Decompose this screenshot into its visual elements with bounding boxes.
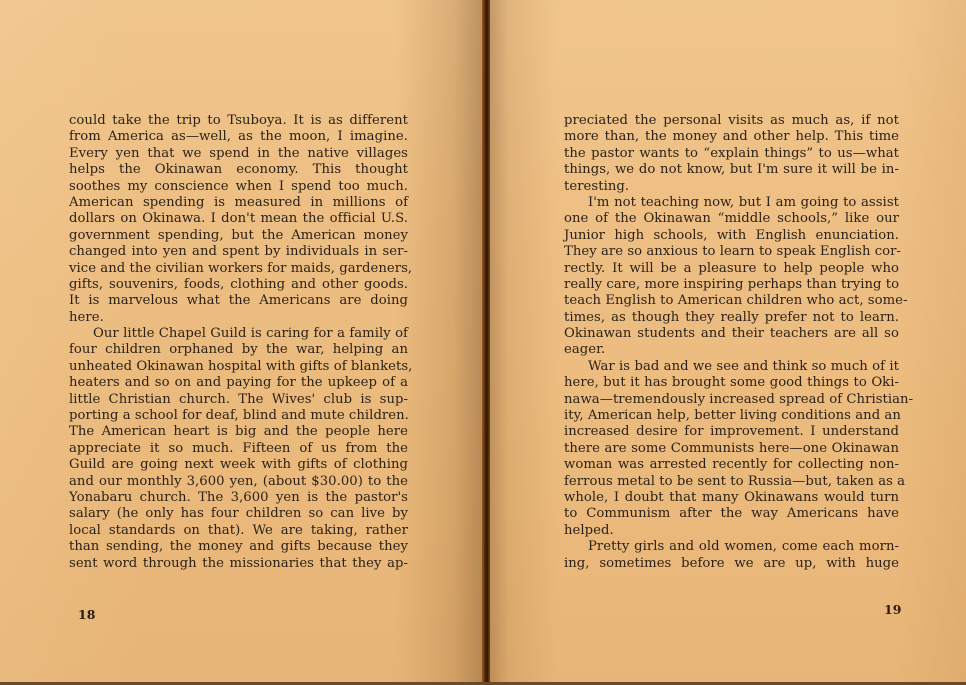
text-line: Every yen that we spend in the native vi…: [69, 146, 408, 162]
text-line: War is bad and we see and think so much …: [564, 359, 899, 375]
text-line: one of the Okinawan “middle schools,” li…: [564, 211, 899, 227]
text-line: here.: [69, 310, 408, 326]
text-line: ing, sometimes before we are up, with hu…: [564, 556, 899, 572]
text-line: unheated Okinawan hospital with gifts of…: [69, 359, 408, 375]
text-line: Guild are going next week with gifts of …: [69, 457, 408, 473]
text-line: teresting.: [564, 179, 899, 195]
text-line: than sending, the money and gifts becaus…: [69, 539, 408, 555]
text-line: It is marvelous what the Americans are d…: [69, 293, 408, 309]
text-line: I'm not teaching now, but I am going to …: [564, 195, 899, 211]
text-line: gifts, souvenirs, foods, clothing and ot…: [69, 277, 408, 293]
text-line: helps the Okinawan economy. This thought: [69, 162, 408, 178]
left-page-number: 18: [78, 607, 95, 622]
text-line: from America as—well, as the moon, I ima…: [69, 129, 408, 145]
text-line: to Communism after the way Americans hav…: [564, 506, 899, 522]
right-page-number: 19: [884, 602, 901, 617]
left-page: could take the trip to Tsuboya. It is as…: [0, 0, 482, 685]
text-line: American spending is measured in million…: [69, 195, 408, 211]
text-line: preciated the personal visits as much as…: [564, 113, 899, 129]
text-line: Okinawan students and their teachers are…: [564, 326, 899, 342]
text-line: local standards on that). We are taking,…: [69, 523, 408, 539]
text-line: The American heart is big and the people…: [69, 424, 408, 440]
book-spread: could take the trip to Tsuboya. It is as…: [0, 0, 966, 685]
right-page-body-text: preciated the personal visits as much as…: [564, 113, 899, 572]
book-gutter: [482, 0, 490, 685]
text-line: could take the trip to Tsuboya. It is as…: [69, 113, 408, 129]
text-line: things, we do not know, but I'm sure it …: [564, 162, 899, 178]
text-line: sent word through the missionaries that …: [69, 556, 408, 572]
text-line: Junior high schools, with English enunci…: [564, 228, 899, 244]
text-line: nawa—tremendously increased spread of Ch…: [564, 392, 899, 408]
text-line: woman was arrested recently for collecti…: [564, 457, 899, 473]
text-line: Pretty girls and old women, come each mo…: [564, 539, 899, 555]
text-line: here, but it has brought some good thing…: [564, 375, 899, 391]
text-line: times, as though they really prefer not …: [564, 310, 899, 326]
text-line: porting a school for deaf, blind and mut…: [69, 408, 408, 424]
text-line: really care, more inspiring perhaps than…: [564, 277, 899, 293]
text-line: helped.: [564, 523, 899, 539]
text-line: more than, the money and other help. Thi…: [564, 129, 899, 145]
text-line: appreciate it so much. Fifteen of us fro…: [69, 441, 408, 457]
text-line: vice and the civilian workers for maids,…: [69, 261, 408, 277]
text-line: rectly. It will be a pleasure to help pe…: [564, 261, 899, 277]
right-page: preciated the personal visits as much as…: [490, 0, 966, 685]
text-line: increased desire for improvement. I unde…: [564, 424, 899, 440]
text-line: heaters and so on and paying for the upk…: [69, 375, 408, 391]
text-line: ity, American help, better living condit…: [564, 408, 899, 424]
text-line: whole, I doubt that many Okinawans would…: [564, 490, 899, 506]
text-line: government spending, but the American mo…: [69, 228, 408, 244]
text-line: and our monthly 3,600 yen, (about $30.00…: [69, 474, 408, 490]
text-line: little Christian church. The Wives' club…: [69, 392, 408, 408]
text-line: soothes my conscience when I spend too m…: [69, 179, 408, 195]
text-line: Our little Chapel Guild is caring for a …: [69, 326, 408, 342]
text-line: four children orphaned by the war, helpi…: [69, 342, 408, 358]
left-page-body-text: could take the trip to Tsuboya. It is as…: [69, 113, 408, 572]
text-line: salary (he only has four children so can…: [69, 506, 408, 522]
text-line: ferrous metal to be sent to Russia—but, …: [564, 474, 899, 490]
text-line: They are so anxious to learn to speak En…: [564, 244, 899, 260]
text-line: teach English to American children who a…: [564, 293, 899, 309]
text-line: the pastor wants to “explain things” to …: [564, 146, 899, 162]
text-line: changed into yen and spent by individual…: [69, 244, 408, 260]
text-line: Yonabaru church. The 3,600 yen is the pa…: [69, 490, 408, 506]
text-line: there are some Communists here—one Okina…: [564, 441, 899, 457]
text-line: eager.: [564, 342, 899, 358]
text-line: dollars on Okinawa. I don't mean the off…: [69, 211, 408, 227]
